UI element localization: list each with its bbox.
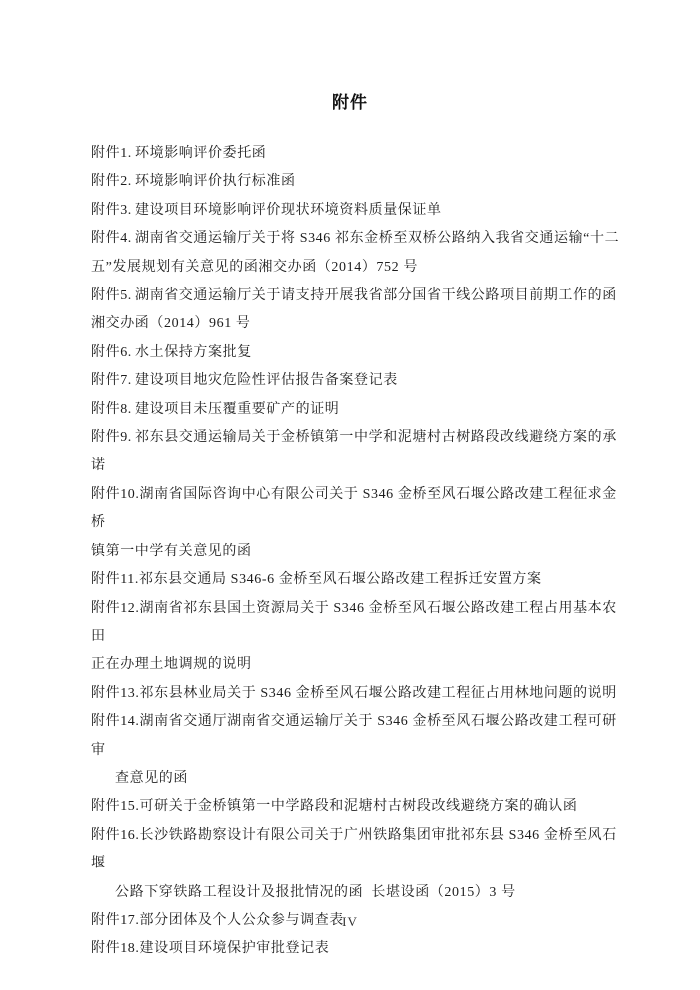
attachment-item-label: 附件2. [91, 168, 135, 196]
attachment-item-6: 附件6.水土保持方案批复 [91, 339, 631, 367]
attachment-item-8: 附件8.建设项目未压覆重要矿产的证明 [91, 396, 631, 424]
attachment-list: 附件1.环境影响评价委托函附件2.环境影响评价执行标准函附件3.建设项目环境影响… [91, 140, 631, 964]
attachment-item-3: 附件3.建设项目环境影响评价现状环境资料质量保证单 [91, 197, 631, 225]
attachment-item-15: 附件15.可研关于金桥镇第一中学路段和泥塘村古树段改线避绕方案的确认函 [91, 793, 631, 821]
attachment-item-text: 湖南省交通运输厅关于请支持开展我省部分国省干线公路项目前期工作的函 [135, 288, 617, 303]
attachment-item-label: 附件5. [91, 282, 135, 310]
attachment-item-1: 附件1.环境影响评价委托函 [91, 140, 631, 168]
attachment-item-label: 附件3. [91, 197, 135, 225]
attachment-item-label: 附件7. [91, 367, 135, 395]
attachment-item-text: 湖南省交通厅湖南省交通运输厅关于 S346 金桥至风石堰公路改建工程可研审 [91, 714, 617, 757]
attachment-item-text: 湖南省祁东县国土资源局关于 S346 金桥至风石堰公路改建工程占用基本农田 [91, 601, 617, 644]
page-title: 附件 [0, 88, 700, 113]
attachment-item-10-continuation: 镇第一中学有关意见的函 [91, 538, 631, 566]
attachment-item-text: 环境影响评价执行标准函 [135, 174, 296, 189]
attachment-item-text: 建设项目环境影响评价现状环境资料质量保证单 [135, 203, 442, 218]
attachment-item-label: 附件6. [91, 339, 135, 367]
attachment-item-16-continuation: 公路下穿铁路工程设计及报批情况的函 长堪设函（2015）3 号 [91, 879, 631, 907]
attachment-item-14-continuation: 查意见的函 [91, 765, 631, 793]
attachment-item-text: 祁东县林业局关于 S346 金桥至风石堰公路改建工程征占用林地问题的说明 [140, 686, 617, 701]
attachment-item-text: 建设项目环境保护审批登记表 [140, 941, 330, 956]
attachment-item-4: 附件4.湖南省交通运输厅关于将 S346 祁东金桥至双桥公路纳入我省交通运输“十… [91, 225, 631, 253]
attachment-item-4-continuation: 五”发展规划有关意见的函湘交办函（2014）752 号 [91, 254, 631, 282]
attachment-item-13: 附件13.祁东县林业局关于 S346 金桥至风石堰公路改建工程征占用林地问题的说… [91, 680, 631, 708]
attachment-item-text: 水土保持方案批复 [135, 345, 252, 360]
attachment-item-2: 附件2.环境影响评价执行标准函 [91, 168, 631, 196]
attachment-item-7: 附件7.建设项目地灾危险性评估报告备案登记表 [91, 367, 631, 395]
attachment-item-label: 附件10. [91, 481, 140, 509]
attachment-item-label: 附件4. [91, 225, 135, 253]
attachment-item-label: 附件18. [91, 935, 140, 963]
attachment-item-label: 附件8. [91, 396, 135, 424]
document-page: 附件 附件1.环境影响评价委托函附件2.环境影响评价执行标准函附件3.建设项目环… [0, 0, 700, 990]
attachment-item-11: 附件11.祁东县交通局 S346-6 金桥至风石堰公路改建工程拆迁安置方案 [91, 566, 631, 594]
attachment-item-text: 建设项目地灾危险性评估报告备案登记表 [135, 373, 398, 388]
attachment-item-label: 附件11. [91, 566, 139, 594]
attachment-item-text: 可研关于金桥镇第一中学路段和泥塘村古树段改线避绕方案的确认函 [140, 799, 578, 814]
attachment-item-text: 湖南省交通运输厅关于将 S346 祁东金桥至双桥公路纳入我省交通运输“十二 [135, 231, 619, 246]
attachment-item-14: 附件14.湖南省交通厅湖南省交通运输厅关于 S346 金桥至风石堰公路改建工程可… [91, 708, 631, 765]
attachment-item-label: 附件12. [91, 595, 140, 623]
attachment-item-label: 附件1. [91, 140, 135, 168]
page-number: IV [342, 914, 358, 929]
attachment-item-18: 附件18.建设项目环境保护审批登记表 [91, 935, 631, 963]
attachment-item-text: 湖南省国际咨询中心有限公司关于 S346 金桥至风石堰公路改建工程征求金桥 [91, 487, 617, 530]
attachment-item-label: 附件15. [91, 793, 140, 821]
page-footer: IV [0, 914, 700, 930]
attachment-item-text: 长沙铁路勘察设计有限公司关于广州铁路集团审批祁东县 S346 金桥至风石堰 [91, 828, 617, 871]
attachment-item-9-continuation: 诺 [91, 452, 631, 480]
attachment-item-10: 附件10.湖南省国际咨询中心有限公司关于 S346 金桥至风石堰公路改建工程征求… [91, 481, 631, 538]
attachment-item-text: 祁东县交通运输局关于金桥镇第一中学和泥塘村古树路段改线避绕方案的承 [135, 430, 617, 445]
attachment-item-label: 附件13. [91, 680, 140, 708]
attachment-item-label: 附件16. [91, 822, 140, 850]
attachment-item-5: 附件5.湖南省交通运输厅关于请支持开展我省部分国省干线公路项目前期工作的函 [91, 282, 631, 310]
attachment-item-16: 附件16.长沙铁路勘察设计有限公司关于广州铁路集团审批祁东县 S346 金桥至风… [91, 822, 631, 879]
attachment-item-label: 附件14. [91, 708, 140, 736]
attachment-item-12-continuation: 正在办理土地调规的说明 [91, 651, 631, 679]
attachment-item-text: 祁东县交通局 S346-6 金桥至风石堰公路改建工程拆迁安置方案 [139, 572, 542, 587]
attachment-item-text: 环境影响评价委托函 [135, 146, 266, 161]
attachment-item-label: 附件9. [91, 424, 135, 452]
attachment-item-9: 附件9.祁东县交通运输局关于金桥镇第一中学和泥塘村古树路段改线避绕方案的承 [91, 424, 631, 452]
attachment-item-12: 附件12.湖南省祁东县国土资源局关于 S346 金桥至风石堰公路改建工程占用基本… [91, 595, 631, 652]
attachment-item-5-continuation: 湘交办函（2014）961 号 [91, 310, 631, 338]
attachment-item-text: 建设项目未压覆重要矿产的证明 [135, 402, 339, 417]
